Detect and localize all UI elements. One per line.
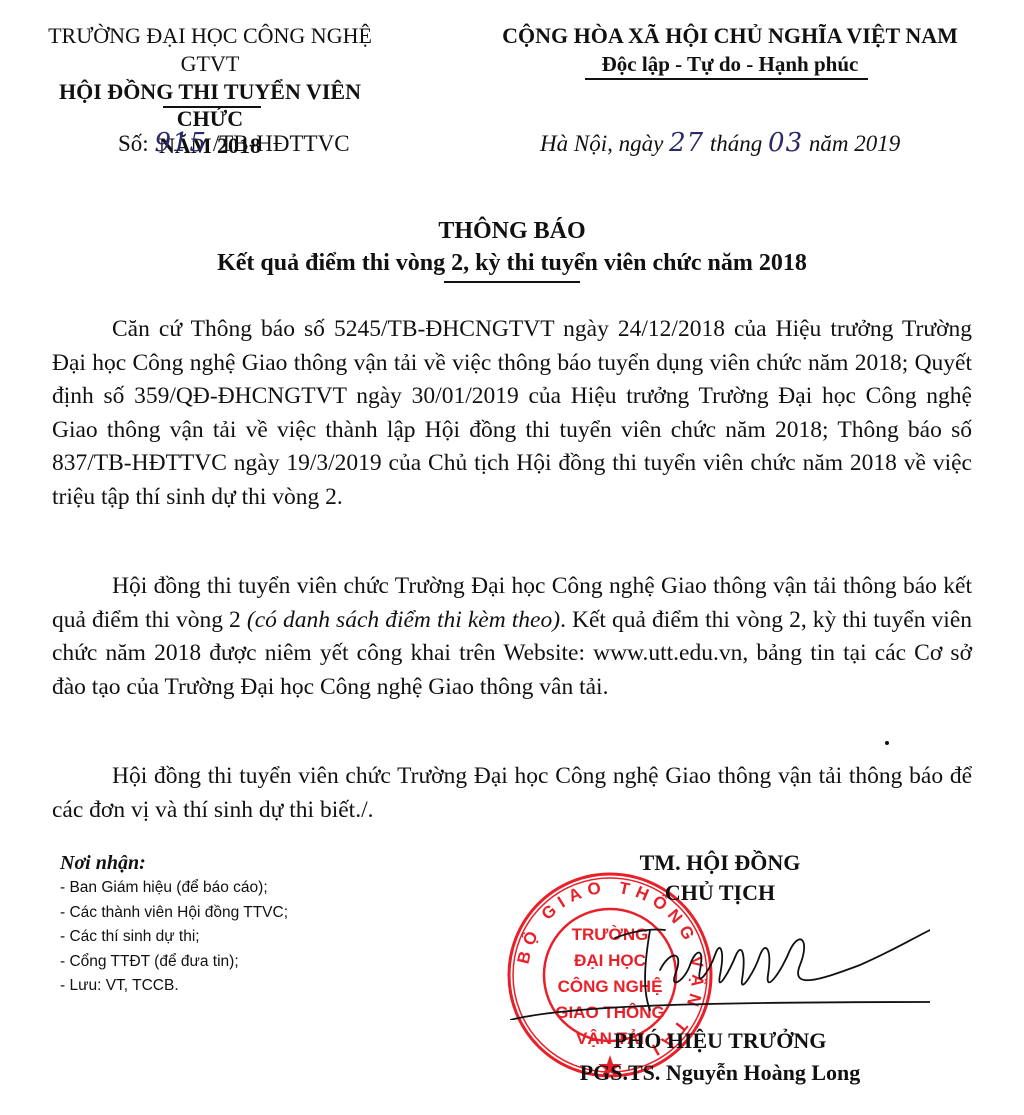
national-motto: Độc lập - Tự do - Hạnh phúc xyxy=(470,50,990,78)
header-left-underline xyxy=(163,106,261,108)
document-number-prefix: Số: xyxy=(118,131,149,156)
title-underline xyxy=(444,281,580,283)
recipients-label: Nơi nhận: xyxy=(60,850,288,876)
handwritten-day: 27 xyxy=(669,128,704,158)
university-name: TRƯỜNG ĐẠI HỌC CÔNG NGHỆ GTVT xyxy=(30,22,390,78)
signature-role: CHỦ TỊCH xyxy=(560,880,880,906)
country-name: CỘNG HÒA XÃ HỘI CHỦ NGHĨA VIỆT NAM xyxy=(470,22,990,50)
national-motto-block: CỘNG HÒA XÃ HỘI CHỦ NGHĨA VIỆT NAM Độc l… xyxy=(470,22,990,78)
month-label: tháng xyxy=(710,131,762,156)
document-number-suffix: /TB-HĐTTVC xyxy=(213,131,350,156)
handwritten-signature-icon xyxy=(510,910,930,1020)
recipient-item: - Ban Giám hiệu (để báo cáo); xyxy=(60,876,288,901)
document-number: Số: 915 /TB-HĐTTVC xyxy=(118,128,350,158)
header-right-underline xyxy=(585,78,868,80)
scan-speck xyxy=(885,741,889,745)
recipient-item: - Các thí sinh dự thi; xyxy=(60,925,288,950)
document-subtitle: Kết quả điểm thi vòng 2, kỳ thi tuyển vi… xyxy=(0,250,1024,277)
paragraph-closing: Hội đồng thi tuyển viên chức Trường Đại … xyxy=(52,760,972,827)
p2-attachment-note: (có danh sách điểm thi kèm theo) xyxy=(247,607,560,633)
year-label: năm 2019 xyxy=(809,131,900,156)
handwritten-month: 03 xyxy=(768,128,803,158)
date-prefix: Hà Nội, ngày xyxy=(540,131,663,156)
paragraph-legal-basis: Căn cứ Thông báo số 5245/TB-ĐHCNGTVT ngà… xyxy=(52,313,972,514)
issue-date: Hà Nội, ngày 27 tháng 03 năm 2019 xyxy=(540,128,900,158)
handwritten-number: 915 xyxy=(154,128,207,158)
recipients-list: Nơi nhận: - Ban Giám hiệu (để báo cáo); … xyxy=(60,850,288,999)
council-name: HỘI ĐỒNG THI TUYỂN VIÊN CHỨC xyxy=(30,78,390,132)
recipient-item: - Cổng TTĐT (để đưa tin); xyxy=(60,950,288,975)
signer-name: PGS.TS. Nguyễn Hoàng Long xyxy=(560,1060,880,1086)
signature-on-behalf: TM. HỘI ĐỒNG xyxy=(560,850,880,876)
recipient-item: - Các thành viên Hội đồng TTVC; xyxy=(60,901,288,926)
paragraph-results-announcement: Hội đồng thi tuyển viên chức Trường Đại … xyxy=(52,570,972,704)
signer-title: PHÓ HIỆU TRƯỞNG xyxy=(560,1028,880,1054)
document-title: THÔNG BÁO xyxy=(0,218,1024,245)
recipient-item: - Lưu: VT, TCCB. xyxy=(60,974,288,999)
